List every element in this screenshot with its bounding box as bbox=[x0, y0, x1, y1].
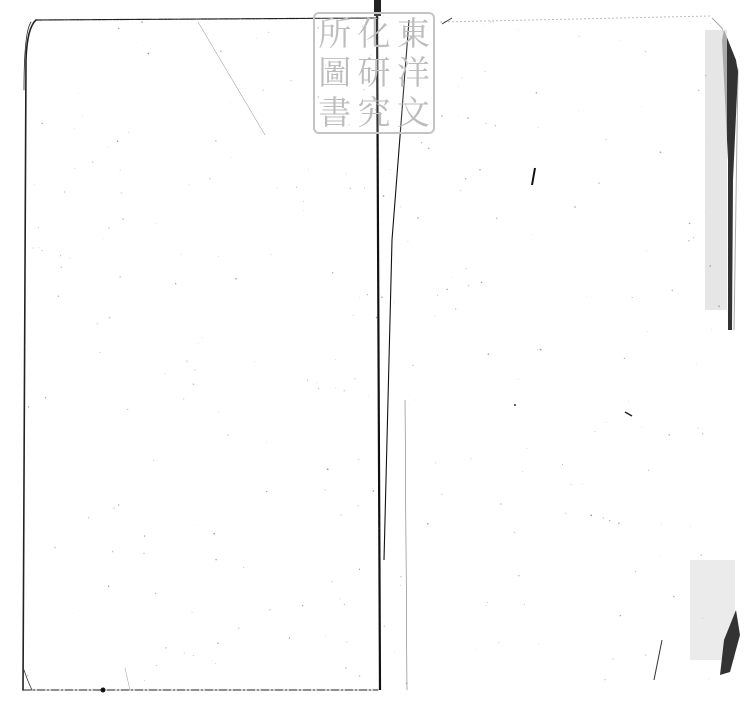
seal-char: 圖 bbox=[318, 56, 351, 89]
seal-char: 究 bbox=[358, 96, 391, 129]
seal-char: 化 bbox=[358, 17, 391, 50]
library-seal: 東 洋 文 化 研 究 所 圖 書 bbox=[313, 12, 435, 134]
seal-char: 文 bbox=[397, 96, 430, 129]
seal-char: 研 bbox=[358, 56, 391, 89]
seal-char: 書 bbox=[318, 96, 351, 129]
seal-char: 洋 bbox=[397, 56, 430, 89]
seal-char: 所 bbox=[318, 17, 351, 50]
seal-char: 東 bbox=[397, 17, 430, 50]
